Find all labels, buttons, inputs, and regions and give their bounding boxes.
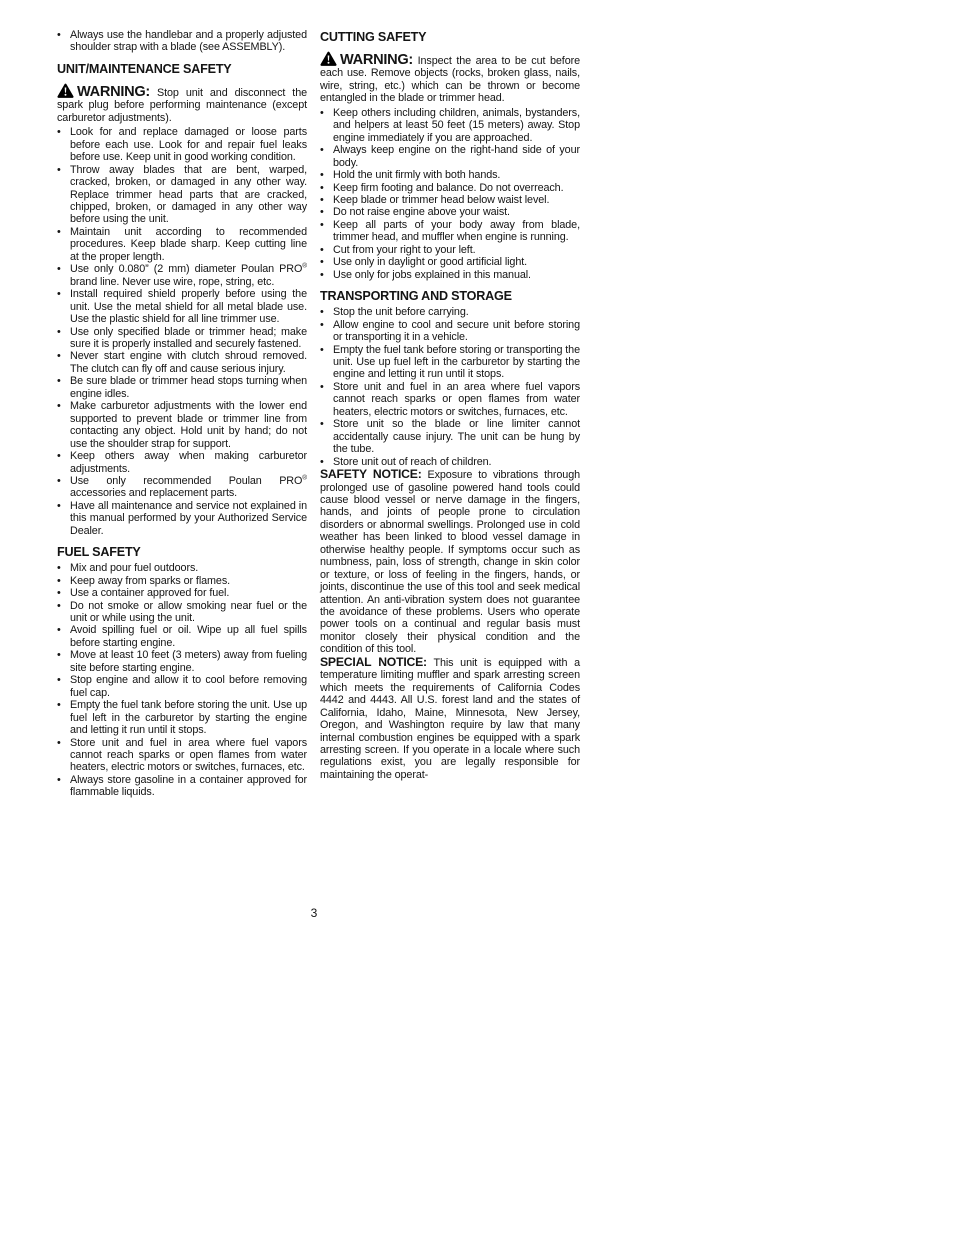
bullet-text: Empty the fuel tank before storing or tr… (333, 344, 580, 381)
bullet-item: •Allow engine to cool and secure unit be… (320, 319, 580, 344)
bullet-item: •Always store gasoline in a container ap… (57, 774, 307, 799)
bullet-marker: • (320, 194, 333, 206)
bullet-marker: • (57, 600, 70, 625)
bullet-text: Use only in daylight or good artificial … (333, 256, 580, 268)
bullet-item: •Mix and pour fuel outdoors. (57, 562, 307, 574)
notice-paragraph: SAFETY NOTICE: Exposure to vibrations th… (320, 468, 580, 656)
bullet-marker: • (57, 126, 70, 163)
bullet-item: •Store unit and fuel in an area where fu… (320, 381, 580, 418)
bullet-item: •Have all maintenance and service not ex… (57, 500, 307, 537)
bullet-marker: • (320, 256, 333, 268)
warning-triangle-icon (57, 83, 74, 99)
bullet-text: Use only 0.080” (2 mm) diameter Poulan P… (70, 263, 307, 288)
notice-text: This unit is equipped with a temperature… (320, 657, 580, 781)
bullet-item: •Store unit and fuel in area where fuel … (57, 737, 307, 774)
bullet-item: •Use only 0.080” (2 mm) diameter Poulan … (57, 263, 307, 288)
bullet-text: Store unit and fuel in area where fuel v… (70, 737, 307, 774)
section-heading: FUEL SAFETY (57, 545, 307, 559)
bullet-text: Install required shield properly before … (70, 288, 307, 325)
bullet-text: Look for and replace damaged or loose pa… (70, 126, 307, 163)
bullet-item: •Install required shield properly before… (57, 288, 307, 325)
bullet-text: Cut from your right to your left. (333, 244, 580, 256)
bullet-text: Stop engine and allow it to cool before … (70, 674, 307, 699)
bullet-item: •Use only for jobs explained in this man… (320, 269, 580, 281)
bullet-text: Store unit and fuel in an area where fue… (333, 381, 580, 418)
warning-label: WARNING: (340, 52, 413, 68)
bullet-text: Make carburetor adjustments with the low… (70, 400, 307, 450)
bullet-item: •Use only specified blade or trimmer hea… (57, 326, 307, 351)
bullet-item: •Use only recommended Poulan PRO® access… (57, 475, 307, 500)
bullet-marker: • (57, 288, 70, 325)
bullet-marker: • (320, 244, 333, 256)
right-column: CUTTING SAFETYWARNING: Inspect the area … (320, 29, 580, 799)
bullet-item: •Keep others including children, animals… (320, 107, 580, 144)
bullet-item: •Cut from your right to your left. (320, 244, 580, 256)
manual-page: •Always use the handlebar and a properly… (0, 0, 954, 1235)
bullet-text: Use a container approved for fuel. (70, 587, 307, 599)
bullet-marker: • (57, 737, 70, 774)
bullet-marker: • (320, 269, 333, 281)
bullet-text: Never start engine with clutch shroud re… (70, 350, 307, 375)
bullet-item: •Look for and replace damaged or loose p… (57, 126, 307, 163)
bullet-item: •Keep all parts of your body away from b… (320, 219, 580, 244)
notice-text: Exposure to vibrations through prolonged… (320, 469, 580, 655)
bullet-text: Always store gasoline in a container app… (70, 774, 307, 799)
bullet-marker: • (57, 375, 70, 400)
section-heading: TRANSPORTING AND STORAGE (320, 289, 580, 303)
bullet-marker: • (320, 381, 333, 418)
bullet-marker: • (57, 774, 70, 799)
bullet-marker: • (320, 107, 333, 144)
bullet-text: Always keep engine on the right-hand sid… (333, 144, 580, 169)
bullet-text: Use only specified blade or trimmer head… (70, 326, 307, 351)
bullet-text: Keep others including children, animals,… (333, 107, 580, 144)
bullet-item: •Always use the handlebar and a properly… (57, 29, 307, 54)
page-number: 3 (302, 906, 326, 920)
bullet-item: •Store unit so the blade or line limiter… (320, 418, 580, 455)
bullet-item: •Maintain unit according to recommended … (57, 226, 307, 263)
bullet-marker: • (57, 562, 70, 574)
bullet-item: •Hold the unit firmly with both hands. (320, 169, 580, 181)
bullet-item: •Do not smoke or allow smoking near fuel… (57, 600, 307, 625)
bullet-marker: • (57, 475, 70, 500)
bullet-item: •Stop engine and allow it to cool before… (57, 674, 307, 699)
page-content: •Always use the handlebar and a properly… (57, 29, 580, 799)
bullet-item: •Keep firm footing and balance. Do not o… (320, 182, 580, 194)
bullet-item: •Always keep engine on the right-hand si… (320, 144, 580, 169)
bullet-item: •Keep away from sparks or flames. (57, 575, 307, 587)
bullet-item: •Use only in daylight or good artificial… (320, 256, 580, 268)
bullet-item: •Do not raise engine above your waist. (320, 206, 580, 218)
bullet-item: •Avoid spilling fuel or oil. Wipe up all… (57, 624, 307, 649)
bullet-text: Use only recommended Poulan PRO® accesso… (70, 475, 307, 500)
bullet-marker: • (57, 450, 70, 475)
bullet-text: Keep firm footing and balance. Do not ov… (333, 182, 580, 194)
bullet-marker: • (320, 169, 333, 181)
bullet-item: •Empty the fuel tank before storing the … (57, 699, 307, 736)
bullet-text: Maintain unit according to recommended p… (70, 226, 307, 263)
bullet-marker: • (57, 29, 70, 54)
bullet-item: •Keep others away when making carburetor… (57, 450, 307, 475)
bullet-text: Do not raise engine above your waist. (333, 206, 580, 218)
bullet-marker: • (57, 575, 70, 587)
bullet-item: •Empty the fuel tank before storing or t… (320, 344, 580, 381)
bullet-marker: • (57, 326, 70, 351)
registered-trademark: ® (302, 474, 307, 481)
registered-trademark: ® (302, 263, 307, 270)
bullet-marker: • (57, 649, 70, 674)
warning-triangle-icon (320, 51, 337, 67)
bullet-text: Use only for jobs explained in this manu… (333, 269, 580, 281)
bullet-text: Keep away from sparks or flames. (70, 575, 307, 587)
bullet-text: Always use the handlebar and a properly … (70, 29, 307, 54)
bullet-marker: • (57, 164, 70, 226)
bullet-marker: • (57, 500, 70, 537)
bullet-text: Keep all parts of your body away from bl… (333, 219, 580, 244)
bullet-marker: • (57, 400, 70, 450)
notice-label: SPECIAL NOTICE: (320, 655, 427, 669)
notice-paragraph: SPECIAL NOTICE: This unit is equipped wi… (320, 656, 580, 782)
bullet-marker: • (57, 699, 70, 736)
bullet-item: •Use a container approved for fuel. (57, 587, 307, 599)
bullet-text: Mix and pour fuel outdoors. (70, 562, 307, 574)
bullet-text: Avoid spilling fuel or oil. Wipe up all … (70, 624, 307, 649)
bullet-item: •Make carburetor adjustments with the lo… (57, 400, 307, 450)
left-column: •Always use the handlebar and a properly… (57, 29, 307, 799)
bullet-text: Store unit so the blade or line limiter … (333, 418, 580, 455)
bullet-item: •Never start engine with clutch shroud r… (57, 350, 307, 375)
section-heading: CUTTING SAFETY (320, 30, 580, 44)
section-heading: UNIT/MAINTENANCE SAFETY (57, 62, 307, 76)
bullet-text: Do not smoke or allow smoking near fuel … (70, 600, 307, 625)
warning-paragraph: WARNING: Inspect the area to be cut befo… (320, 51, 580, 105)
bullet-text: Keep others away when making carburetor … (70, 450, 307, 475)
bullet-text: Allow engine to cool and secure unit bef… (333, 319, 580, 344)
bullet-marker: • (320, 319, 333, 344)
bullet-item: •Keep blade or trimmer head below waist … (320, 194, 580, 206)
bullet-text: Have all maintenance and service not exp… (70, 500, 307, 537)
bullet-marker: • (57, 624, 70, 649)
bullet-marker: • (320, 144, 333, 169)
bullet-marker: • (57, 263, 70, 288)
bullet-text: Hold the unit firmly with both hands. (333, 169, 580, 181)
bullet-marker: • (320, 344, 333, 381)
bullet-item: •Throw away blades that are bent, warped… (57, 164, 307, 226)
notice-label: SAFETY NOTICE: (320, 467, 422, 481)
bullet-text: Be sure blade or trimmer head stops turn… (70, 375, 307, 400)
bullet-text: Throw away blades that are bent, warped,… (70, 164, 307, 226)
bullet-marker: • (57, 350, 70, 375)
bullet-marker: • (320, 418, 333, 455)
warning-label: WARNING: (77, 84, 150, 100)
bullet-marker: • (320, 206, 333, 218)
bullet-marker: • (320, 306, 333, 318)
bullet-item: •Be sure blade or trimmer head stops tur… (57, 375, 307, 400)
bullet-marker: • (57, 587, 70, 599)
bullet-item: •Move at least 10 feet (3 meters) away f… (57, 649, 307, 674)
bullet-item: •Stop the unit before carrying. (320, 306, 580, 318)
bullet-marker: • (320, 182, 333, 194)
bullet-text: Move at least 10 feet (3 meters) away fr… (70, 649, 307, 674)
bullet-text: Stop the unit before carrying. (333, 306, 580, 318)
warning-paragraph: WARNING: Stop unit and disconnect the sp… (57, 83, 307, 124)
bullet-marker: • (57, 226, 70, 263)
bullet-marker: • (320, 219, 333, 244)
bullet-text: Empty the fuel tank before storing the u… (70, 699, 307, 736)
bullet-marker: • (57, 674, 70, 699)
bullet-text: Keep blade or trimmer head below waist l… (333, 194, 580, 206)
